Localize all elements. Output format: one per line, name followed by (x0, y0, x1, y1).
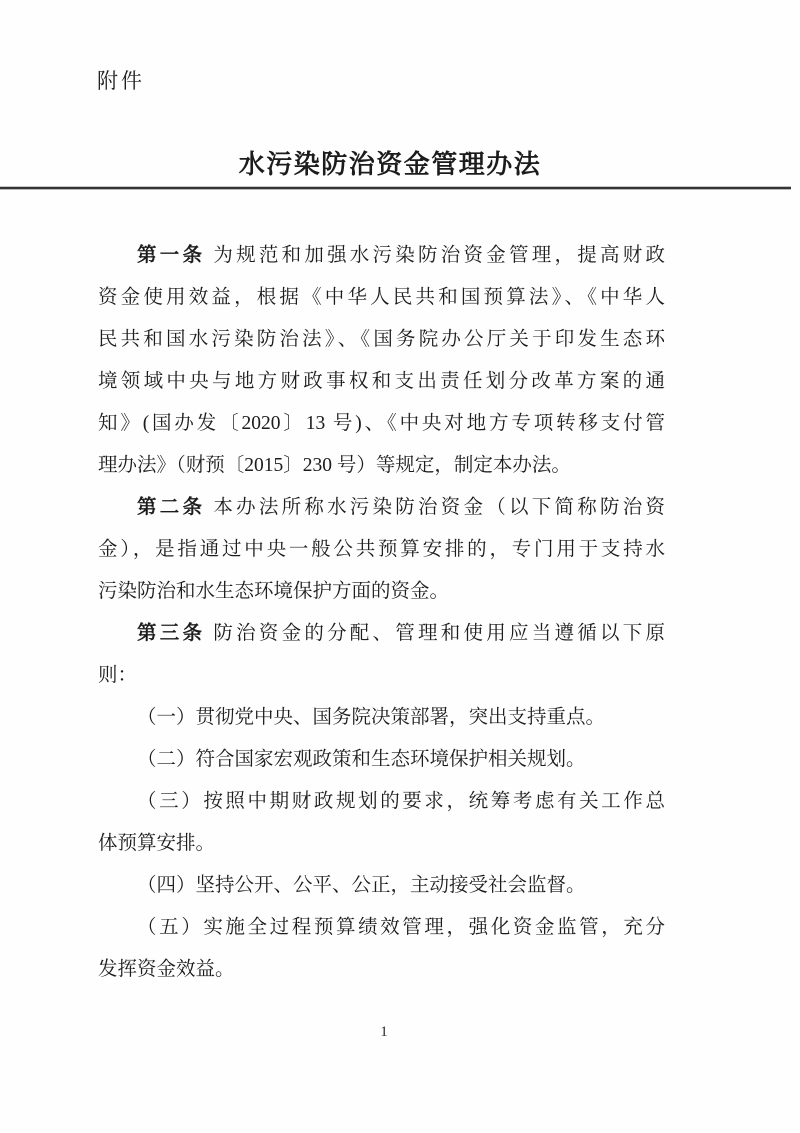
text-line: 资金使用效益，根据《中华人民共和国预算法》、《中华人 (98, 277, 665, 319)
text-line: （五）实施全过程预算绩效管理，强化资金监管，充分 (98, 907, 665, 949)
text-line: 金），是指通过中央一般公共预算安排的，专门用于支持水 (98, 529, 665, 571)
text-segment: 知》(国办发〔2020〕13 号)、《中央对地方专项转移支付管 (98, 413, 665, 434)
text-line: 污染防治和水生态环境保护方面的资金。 (98, 571, 665, 613)
text-segment: （二）符合国家宏观政策和生态环境保护相关规划。 (137, 749, 586, 770)
text-segment: 体预算安排。 (98, 833, 215, 854)
text-line: 第一条 为规范和加强水污染防治资金管理，提高财政 (98, 235, 665, 277)
document-body: 第一条 为规范和加强水污染防治资金管理，提高财政资金使用效益，根据《中华人民共和… (98, 235, 665, 991)
document-title: 水污染防治资金管理办法 (0, 147, 780, 183)
text-line: 体预算安排。 (98, 823, 665, 865)
text-line: （二）符合国家宏观政策和生态环境保护相关规划。 (98, 739, 665, 781)
text-line: 发挥资金效益。 (98, 949, 665, 991)
text-segment: 理办法》（财预〔2015〕230 号）等规定，制定本办法。 (98, 455, 571, 476)
text-segment: （三）按照中期财政规划的要求，统筹考虑有关工作总 (137, 791, 665, 812)
text-line: （三）按照中期财政规划的要求，统筹考虑有关工作总 (98, 781, 665, 823)
article-number: 第三条 (137, 623, 205, 644)
text-segment: （五）实施全过程预算绩效管理，强化资金监管，充分 (137, 917, 665, 938)
article-number: 第二条 (137, 497, 205, 518)
text-line: 境领域中央与地方财政事权和支出责任划分改革方案的通 (98, 361, 665, 403)
page-number: 1 (0, 1024, 768, 1041)
text-line: 理办法》（财预〔2015〕230 号）等规定，制定本办法。 (98, 445, 665, 487)
text-segment: 发挥资金效益。 (98, 959, 235, 980)
text-line: 第二条 本办法所称水污染防治资金（以下简称防治资 (98, 487, 665, 529)
text-segment: 境领域中央与地方财政事权和支出责任划分改革方案的通 (98, 371, 665, 392)
text-line: 知》(国办发〔2020〕13 号)、《中央对地方专项转移支付管 (98, 403, 665, 445)
text-segment: （一）贯彻党中央、国务院决策部署，突出支持重点。 (137, 707, 605, 728)
text-segment: 则： (98, 665, 137, 686)
text-segment: （四）坚持公开、公平、公正，主动接受社会监督。 (137, 875, 586, 896)
text-segment: 资金使用效益，根据《中华人民共和国预算法》、《中华人 (98, 287, 665, 308)
text-line: 民共和国水污染防治法》、《国务院办公厅关于印发生态环 (98, 319, 665, 361)
attachment-label: 附件 (97, 68, 145, 94)
article-number: 第一条 (137, 245, 205, 266)
text-segment: 民共和国水污染防治法》、《国务院办公厅关于印发生态环 (98, 329, 665, 350)
text-line: （四）坚持公开、公平、公正，主动接受社会监督。 (98, 865, 665, 907)
text-segment: 为规范和加强水污染防治资金管理，提高财政 (205, 245, 665, 266)
title-divider-rule (0, 187, 791, 189)
text-line: 则： (98, 655, 665, 697)
text-segment: 金），是指通过中央一般公共预算安排的，专门用于支持水 (98, 539, 665, 560)
document-page: 附件 水污染防治资金管理办法 第一条 为规范和加强水污染防治资金管理，提高财政资… (0, 0, 800, 1133)
text-line: （一）贯彻党中央、国务院决策部署，突出支持重点。 (98, 697, 665, 739)
text-segment: 本办法所称水污染防治资金（以下简称防治资 (205, 497, 665, 518)
text-segment: 污染防治和水生态环境保护方面的资金。 (98, 581, 449, 602)
text-segment: 防治资金的分配、管理和使用应当遵循以下原 (205, 623, 665, 644)
text-line: 第三条 防治资金的分配、管理和使用应当遵循以下原 (98, 613, 665, 655)
